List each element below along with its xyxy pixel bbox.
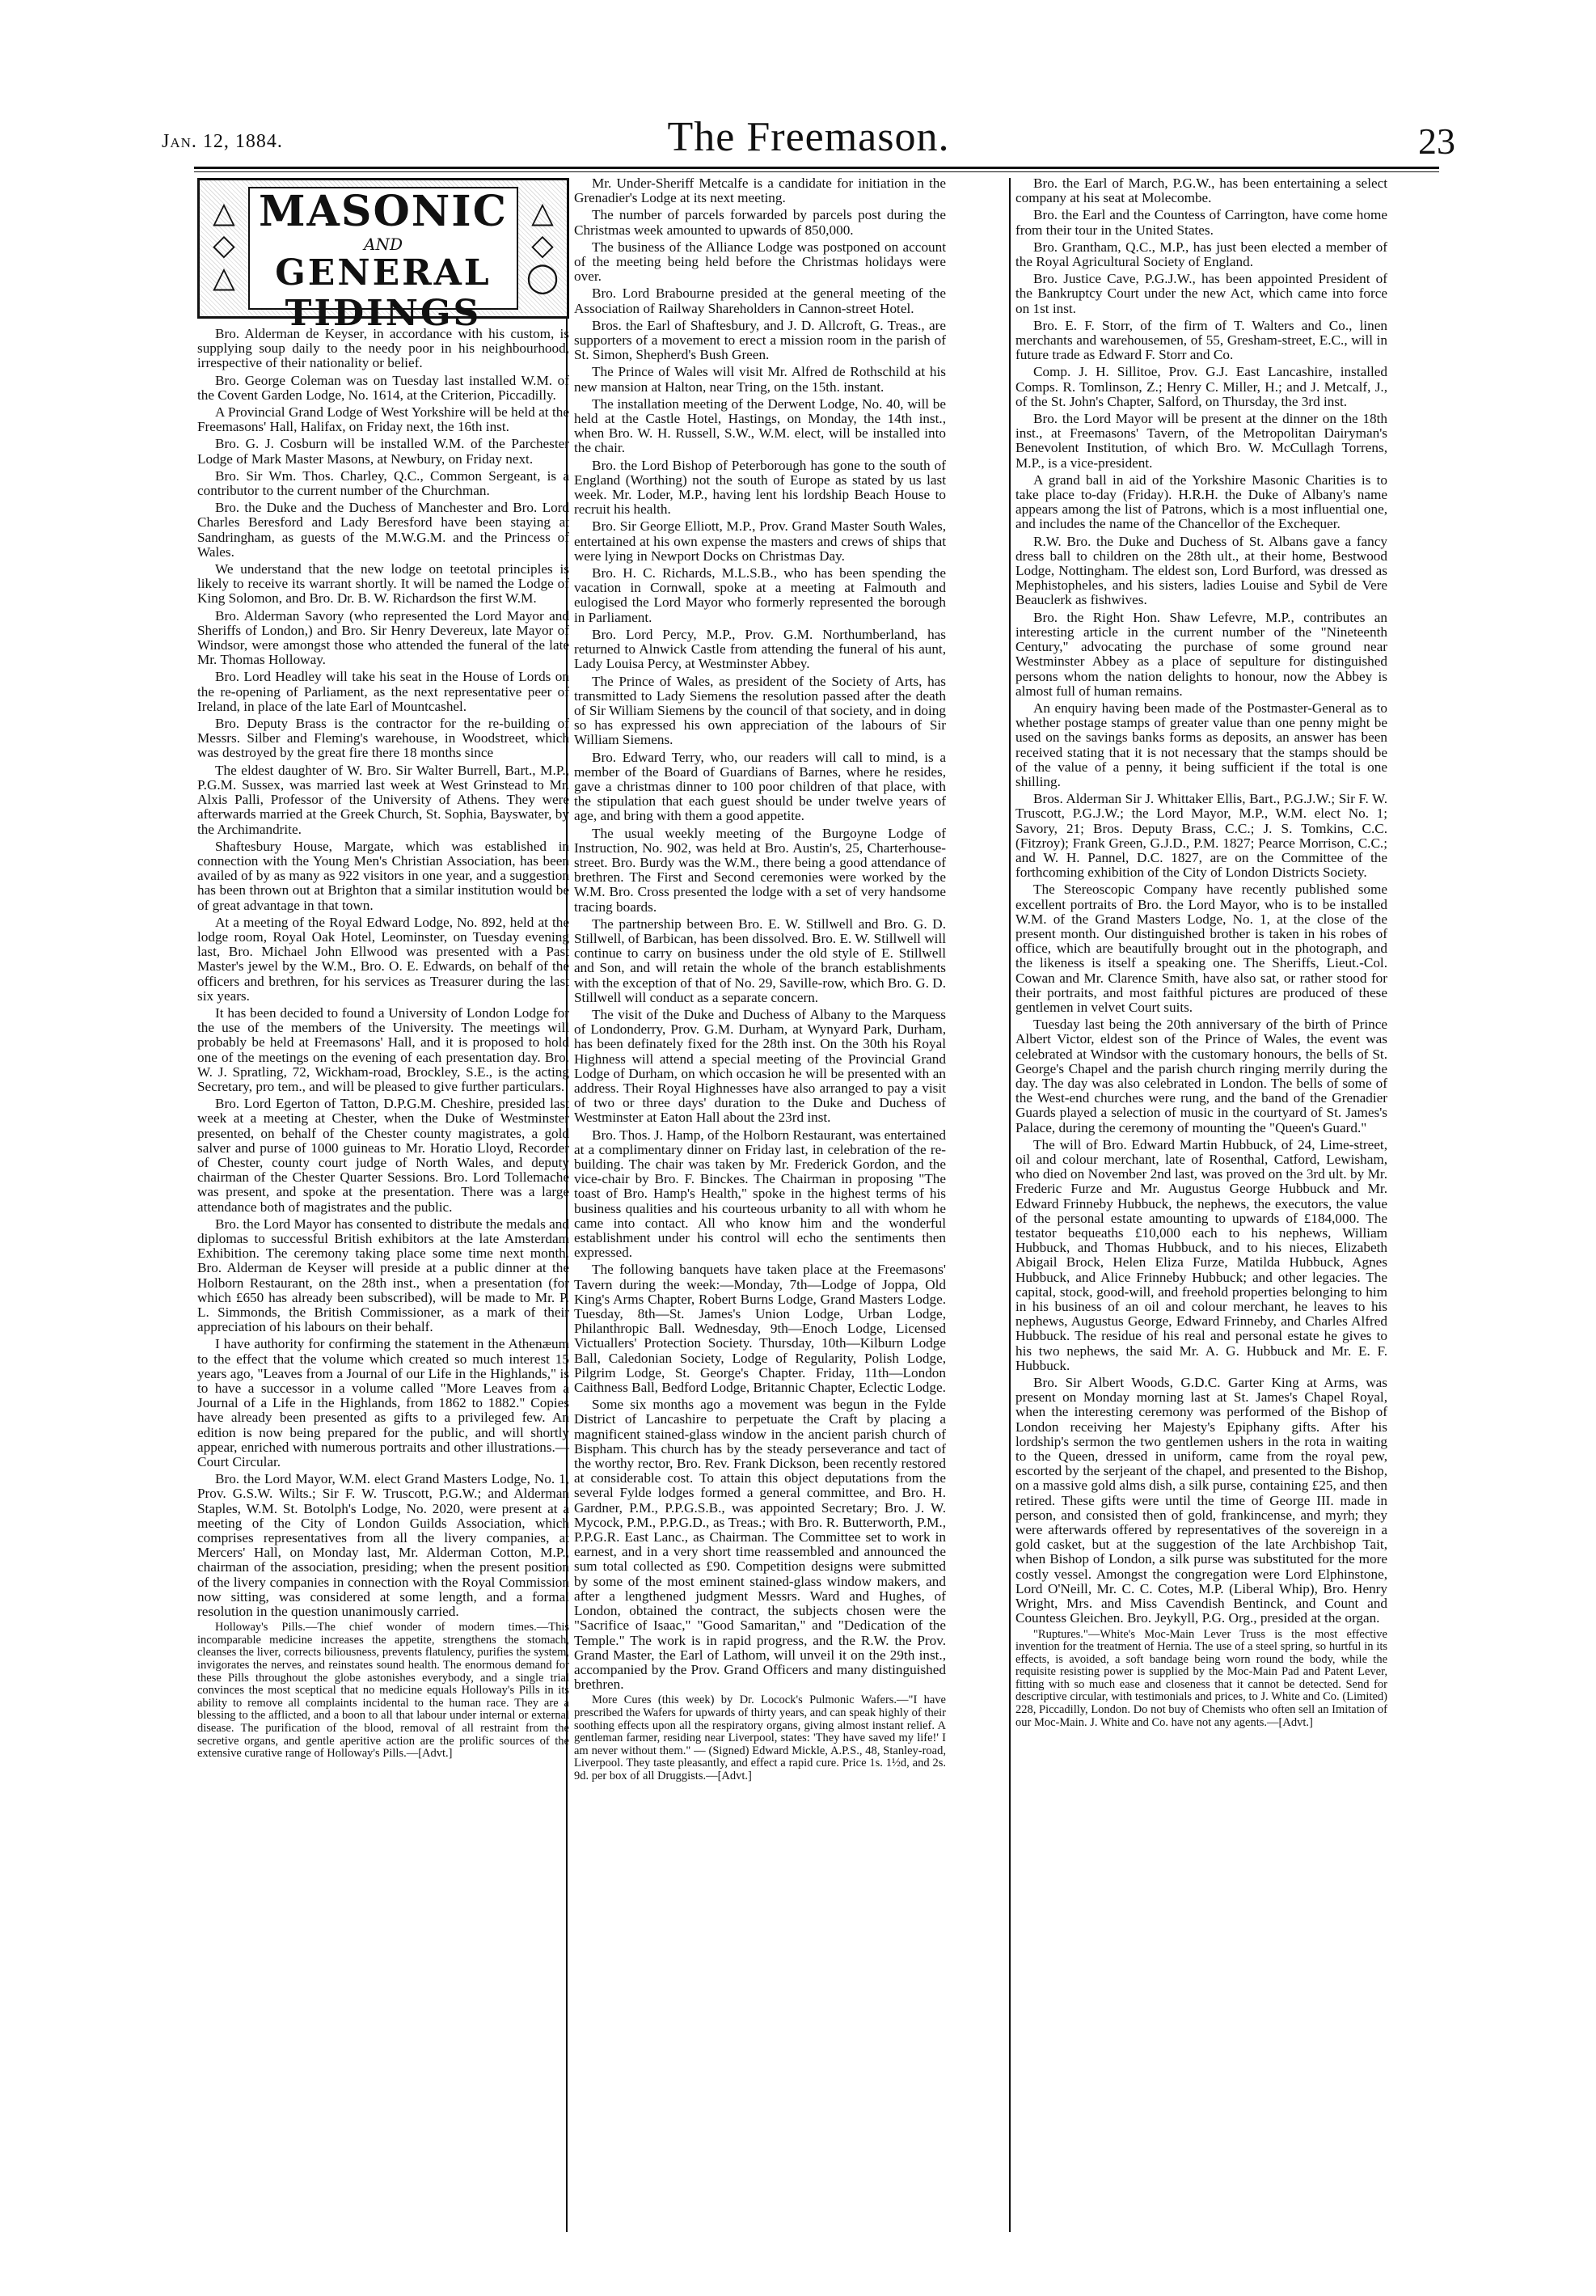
article-paragraph: Bro. Sir George Elliott, M.P., Prov. Gra… <box>574 519 946 564</box>
advert-holloways-pills: Holloway's Pills.—The chief wonder of mo… <box>197 1622 569 1761</box>
article-list-middle: Mr. Under-Sheriff Metcalfe is a candidat… <box>574 176 946 1692</box>
compass-square-ornament-icon: △◇◯ <box>525 197 560 294</box>
article-paragraph: At a meeting of the Royal Edward Lodge, … <box>197 915 569 1004</box>
column-divider <box>1009 178 1011 2232</box>
column-right: Bro. the Earl of March, P.G.W., has been… <box>1015 176 1387 1732</box>
article-paragraph: Bro. H. C. Richards, M.L.S.B., who has b… <box>574 566 946 625</box>
article-paragraph: Bro. Justice Cave, P.G.J.W., has been ap… <box>1015 272 1387 316</box>
page-number: 23 <box>1418 120 1455 163</box>
article-paragraph: The Stereoscopic Company have recently p… <box>1015 882 1387 1015</box>
article-paragraph: The installation meeting of the Derwent … <box>574 397 946 456</box>
publication-title: The Freemason. <box>162 113 1455 161</box>
article-paragraph: Bro. the Lord Bishop of Peterborough has… <box>574 459 946 518</box>
advert-moc-main-truss: "Ruptures."—White's Moc-Main Lever Truss… <box>1015 1629 1387 1730</box>
banner-title: MASONIC AND GENERAL TIDINGS <box>248 187 518 310</box>
article-paragraph: Bro. the Right Hon. Shaw Lefevre, M.P., … <box>1015 611 1387 699</box>
article-paragraph: We understand that the new lodge on teet… <box>197 562 569 607</box>
article-list-right: Bro. the Earl of March, P.G.W., has been… <box>1015 176 1387 1626</box>
masthead: Jan. 12, 1884. The Freemason. 23 <box>162 113 1455 162</box>
column-middle: Mr. Under-Sheriff Metcalfe is a candidat… <box>574 176 946 1785</box>
article-paragraph: The usual weekly meeting of the Burgoyne… <box>574 827 946 915</box>
advert-locock-wafers: More Cures (this week) by Dr. Locock's P… <box>574 1694 946 1782</box>
article-paragraph: Bro. Deputy Brass is the contractor for … <box>197 717 569 761</box>
article-paragraph: Bro. Lord Headley will take his seat in … <box>197 670 569 714</box>
article-paragraph: The partnership between Bro. E. W. Still… <box>574 917 946 1005</box>
article-paragraph: Bro. the Earl and the Countess of Carrin… <box>1015 208 1387 237</box>
article-paragraph: Shaftesbury House, Margate, which was es… <box>197 839 569 913</box>
article-paragraph: Bro. the Lord Mayor will be present at t… <box>1015 412 1387 471</box>
header-rule-thin <box>194 171 1439 172</box>
article-paragraph: Mr. Under-Sheriff Metcalfe is a candidat… <box>574 176 946 205</box>
article-paragraph: A Provincial Grand Lodge of West Yorkshi… <box>197 405 569 434</box>
article-paragraph: The eldest daughter of W. Bro. Sir Walte… <box>197 763 569 837</box>
article-paragraph: Bro. Grantham, Q.C., M.P., has just been… <box>1015 240 1387 269</box>
article-paragraph: A grand ball in aid of the Yorkshire Mas… <box>1015 473 1387 532</box>
article-paragraph: Bro. G. J. Cosburn will be installed W.M… <box>197 437 569 466</box>
article-paragraph: Bro. the Earl of March, P.G.W., has been… <box>1015 176 1387 205</box>
article-paragraph: The Prince of Wales will visit Mr. Alfre… <box>574 365 946 394</box>
banner-line-and: AND <box>250 235 517 253</box>
article-paragraph: Bro. George Coleman was on Tuesday last … <box>197 374 569 403</box>
article-paragraph: Bro. the Lord Mayor, W.M. elect Grand Ma… <box>197 1472 569 1619</box>
banner-line-general-tidings: GENERAL TIDINGS <box>250 253 517 334</box>
article-paragraph: Some six months ago a movement was begun… <box>574 1397 946 1692</box>
article-paragraph: Tuesday last being the 20th anniversary … <box>1015 1017 1387 1135</box>
article-paragraph: Bro. Alderman Savory (who represented th… <box>197 609 569 668</box>
article-paragraph: Bro. Edward Terry, who, our readers will… <box>574 751 946 824</box>
article-paragraph: Bro. the Lord Mayor has consented to dis… <box>197 1217 569 1335</box>
article-paragraph: The visit of the Duke and Duchess of Alb… <box>574 1008 946 1126</box>
article-paragraph: An enquiry having been made of the Postm… <box>1015 701 1387 789</box>
article-paragraph: Bro. the Duke and the Duchess of Manches… <box>197 501 569 560</box>
article-paragraph: It has been decided to found a Universit… <box>197 1006 569 1094</box>
article-list-left: Bro. Alderman de Keyser, in accordance w… <box>197 327 569 1619</box>
article-paragraph: Bros. the Earl of Shaftesbury, and J. D.… <box>574 319 946 363</box>
header-rule <box>194 167 1439 169</box>
article-paragraph: Bro. E. F. Storr, of the firm of T. Walt… <box>1015 319 1387 363</box>
article-paragraph: The number of parcels forwarded by parce… <box>574 208 946 237</box>
article-paragraph: Bro. Thos. J. Hamp, of the Holborn Resta… <box>574 1128 946 1261</box>
article-paragraph: The will of Bro. Edward Martin Hubbuck, … <box>1015 1138 1387 1373</box>
column-left: △◇△ △◇◯ MASONIC AND GENERAL TIDINGS Bro.… <box>197 176 569 1763</box>
article-paragraph: Bro. Sir Albert Woods, G.D.C. Garter Kin… <box>1015 1376 1387 1626</box>
article-paragraph: R.W. Bro. the Duke and Duchess of St. Al… <box>1015 535 1387 608</box>
section-banner: △◇△ △◇◯ MASONIC AND GENERAL TIDINGS <box>197 178 569 319</box>
article-paragraph: Bro. Lord Egerton of Tatton, D.P.G.M. Ch… <box>197 1097 569 1215</box>
compass-square-ornament-icon: △◇△ <box>206 197 242 294</box>
article-paragraph: Bro. Lord Percy, M.P., Prov. G.M. Northu… <box>574 628 946 672</box>
article-paragraph: Bros. Alderman Sir J. Whittaker Ellis, B… <box>1015 792 1387 880</box>
banner-line-masonic: MASONIC <box>250 188 517 235</box>
article-paragraph: Bro. Sir Wm. Thos. Charley, Q.C., Common… <box>197 469 569 498</box>
article-paragraph: I have authority for confirming the stat… <box>197 1337 569 1469</box>
article-paragraph: Bro. Lord Brabourne presided at the gene… <box>574 286 946 315</box>
article-paragraph: The business of the Alliance Lodge was p… <box>574 240 946 285</box>
article-paragraph: The following banquets have taken place … <box>574 1262 946 1395</box>
article-paragraph: The Prince of Wales, as president of the… <box>574 674 946 748</box>
article-paragraph: Comp. J. H. Sillitoe, Prov. G.J. East La… <box>1015 365 1387 409</box>
